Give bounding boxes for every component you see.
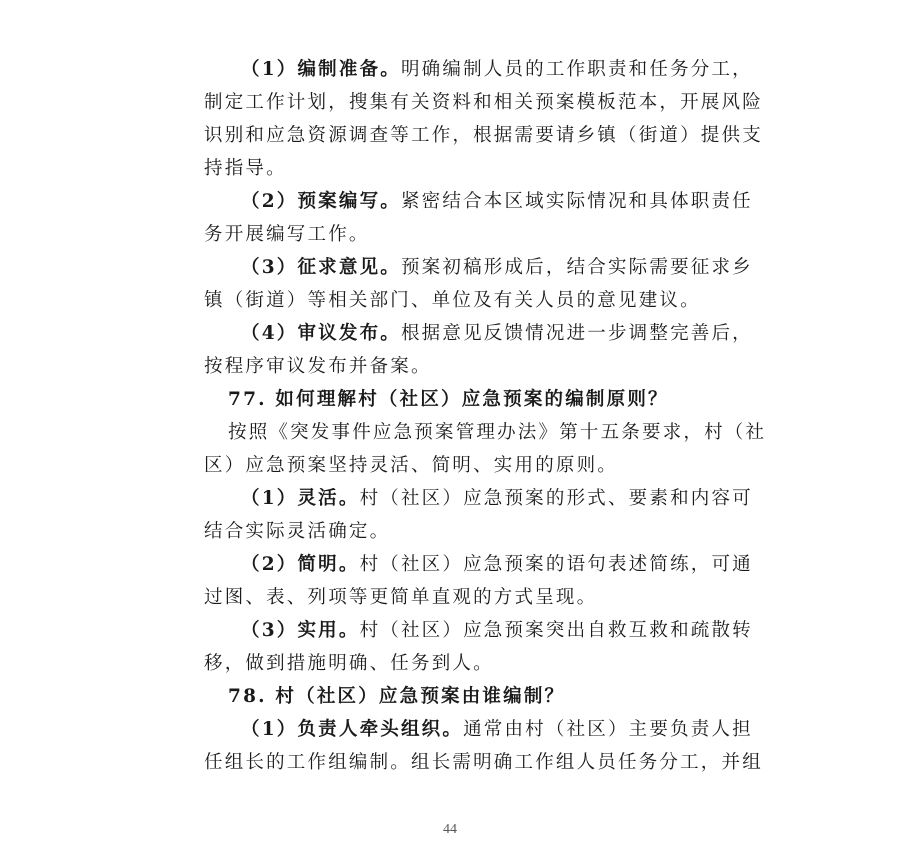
paragraph-line: 按程序审议发布并备案。 — [204, 350, 688, 383]
paragraph-line: 制定工作计划，搜集有关资料和相关预案模板范本，开展风险 — [204, 86, 688, 119]
paragraph-line: 镇（街道）等相关部门、单位及有关人员的意见建议。 — [204, 284, 688, 317]
paragraph-line: 识别和应急资源调查等工作，根据需要请乡镇（街道）提供支 — [204, 119, 688, 152]
paragraph-line: 移，做到措施明确、任务到人。 — [204, 647, 688, 680]
page-number: 44 — [0, 822, 900, 838]
body-text: 根据意见反馈情况进一步调整完善后， — [401, 323, 753, 344]
item-title: （1）编制准备。 — [241, 59, 401, 80]
body-text: 明确编制人员的工作职责和任务分工， — [401, 59, 753, 80]
item-title: （3）征求意见。 — [241, 257, 401, 278]
item-title: （1）灵活。 — [241, 488, 360, 509]
paragraph-line: 结合实际灵活确定。 — [204, 515, 688, 548]
question-heading: 78. 村（社区）应急预案由谁编制？ — [204, 680, 688, 713]
body-text: 紧密结合本区域实际情况和具体职责任 — [401, 191, 753, 212]
paragraph-line: （1）编制准备。明确编制人员的工作职责和任务分工， — [204, 53, 688, 86]
paragraph-line: （1）灵活。村（社区）应急预案的形式、要素和内容可 — [204, 482, 688, 515]
item-title: （1）负责人牵头组织。 — [241, 719, 463, 740]
paragraph-line: （3）实用。村（社区）应急预案突出自救互救和疏散转 — [204, 614, 688, 647]
body-text: 村（社区）应急预案的形式、要素和内容可 — [360, 488, 753, 509]
paragraph-line: （2）预案编写。紧密结合本区域实际情况和具体职责任 — [204, 185, 688, 218]
question-heading: 77. 如何理解村（社区）应急预案的编制原则？ — [204, 383, 688, 416]
paragraph-line: （4）审议发布。根据意见反馈情况进一步调整完善后， — [204, 317, 688, 350]
paragraph-line: 区）应急预案坚持灵活、简明、实用的原则。 — [204, 449, 688, 482]
paragraph-line: （2）简明。村（社区）应急预案的语句表述简练，可通 — [204, 548, 688, 581]
item-title: （2）预案编写。 — [241, 191, 401, 212]
paragraph-line: 务开展编写工作。 — [204, 218, 688, 251]
paragraph-line: （3）征求意见。预案初稿形成后，结合实际需要征求乡 — [204, 251, 688, 284]
item-title: （3）实用。 — [241, 620, 360, 641]
item-title: （4）审议发布。 — [241, 323, 401, 344]
paragraph-line: 持指导。 — [204, 152, 688, 185]
paragraph-line: 任组长的工作组编制。组长需明确工作组人员任务分工，并组 — [204, 746, 688, 779]
body-text: 村（社区）应急预案的语句表述简练，可通 — [360, 554, 753, 575]
paragraph-line: 按照《突发事件应急预案管理办法》第十五条要求，村（社 — [204, 416, 688, 449]
document-page: （1）编制准备。明确编制人员的工作职责和任务分工， 制定工作计划，搜集有关资料和… — [204, 53, 688, 779]
body-text: 通常由村（社区）主要负责人担 — [463, 719, 753, 740]
paragraph-line: 过图、表、列项等更简单直观的方式呈现。 — [204, 581, 688, 614]
paragraph-line: （1）负责人牵头组织。通常由村（社区）主要负责人担 — [204, 713, 688, 746]
item-title: （2）简明。 — [241, 554, 360, 575]
body-text: 预案初稿形成后，结合实际需要征求乡 — [401, 257, 753, 278]
body-text: 村（社区）应急预案突出自救互救和疏散转 — [360, 620, 753, 641]
